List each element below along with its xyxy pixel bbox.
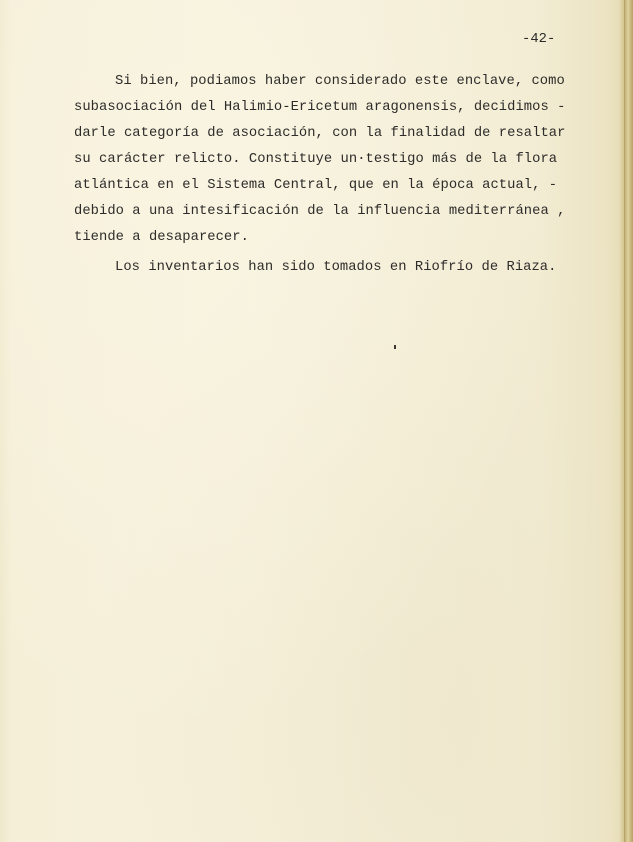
page-edge (619, 0, 633, 842)
page-number: -42- (522, 32, 555, 48)
paragraph-1-line-6: debido a una intesificación de la influe… (74, 204, 565, 220)
paragraph-1-line-4: su carácter relicto. Constituye un·testi… (74, 152, 557, 168)
paragraph-1-line-5: atlántica en el Sistema Central, que en … (74, 178, 557, 194)
page-edge-line (624, 0, 625, 842)
document-page: -42- Si bien, podiamos haber considerado… (0, 0, 633, 842)
paragraph-1-line-3: darle categoría de asociación, con la fi… (74, 126, 565, 142)
paragraph-1-line-1: Si bien, podiamos haber considerado este… (115, 74, 565, 90)
stray-ink-mark (394, 345, 396, 349)
paragraph-1-line-2: subasociación del Halimio-Ericetum arago… (74, 100, 565, 116)
paragraph-2-line-1: Los inventarios han sido tomados en Riof… (115, 260, 556, 276)
paragraph-1-line-7: tiende a desaparecer. (74, 230, 249, 246)
